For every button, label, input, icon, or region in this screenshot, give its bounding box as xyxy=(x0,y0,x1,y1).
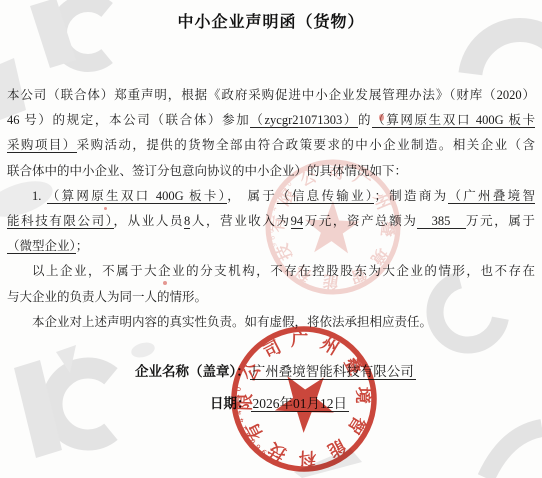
underlined-field: 采购项目） xyxy=(7,138,77,153)
body-text: 本企业对上述声明内容的真实性负责。如有虚假，将依法承担相应责任。 xyxy=(32,315,432,329)
body-text: 采购活动，提供的货物全部由符合政策要求的中小企业制造。相关企业（含 xyxy=(77,138,535,152)
ink-speck xyxy=(104,207,107,210)
date-row: 日期：2026年01月12日 xyxy=(210,392,349,412)
ink-speck xyxy=(163,281,167,285)
body-line: 1. （算网原生双口 400G 板卡）， 属于（信息传输业）；制造商为（广州叠境… xyxy=(7,184,535,209)
body-text: 的 xyxy=(358,113,372,127)
body-line: 与大企业的负责人为同一人的情形。 xyxy=(7,285,535,310)
body-line: 本企业对上述声明内容的真实性负责。如有虚假，将依法承担相应责任。 xyxy=(7,310,535,335)
body-text: 人，营业收入为 xyxy=(190,214,290,228)
company-name-label: 企业名称（盖章）： xyxy=(135,364,250,379)
body-text: 以上企业，不属于大企业的分支机构，不存在控股股东为大企业的情形，也不存在 xyxy=(32,264,535,278)
body-line: （微型企业）； xyxy=(7,234,535,259)
document-body: 本公司（联合体）郑重声明，根据《政府采购促进中小企业发展管理办法》（财库（202… xyxy=(7,83,535,335)
body-text: ，从业人员 xyxy=(114,214,185,228)
underlined-field: 385 xyxy=(417,214,466,229)
date-label: 日期： xyxy=(210,396,251,411)
body-text: 与大企业的负责人为同一人的情形。 xyxy=(7,290,207,304)
body-line: 本公司（联合体）郑重声明，根据《政府采购促进中小企业发展管理办法》（财库（202… xyxy=(7,83,535,108)
body-text: 1. xyxy=(32,189,47,203)
body-line: 46 号）的规定，本公司（联合体）参加（zycgr21071303）的（算网原生… xyxy=(7,108,535,133)
body-line: 能科技有限公司），从业人员8人，营业收入为94万元，资产总额为 385 万元，属… xyxy=(7,209,535,234)
body-line: 采购项目）采购活动，提供的货物全部由符合政策要求的中小企业制造。相关企业（含 xyxy=(7,133,535,158)
body-text: 本公司（联合体）郑重声明，根据《政府采购促进中小企业发展管理办法》（财库（202… xyxy=(7,88,535,102)
ink-speck xyxy=(379,114,384,121)
company-name-row: 企业名称（盖章）：广州叠境智能科技有限公司 xyxy=(135,360,416,380)
underlined-field: 能科技有限公司） xyxy=(7,214,114,229)
declaration-document: 中小企业声明函（货物） 本公司（联合体）郑重声明，根据《政府采购促进中小企业发展… xyxy=(0,0,542,478)
underlined-field: 94 xyxy=(291,214,304,229)
underlined-field: （算网原生双口 400G 板卡） xyxy=(47,189,227,204)
underlined-field: （微型企业） xyxy=(7,239,76,254)
body-text: 万元，属于 xyxy=(466,214,535,228)
body-text: 46 号）的规定，本公司（联合体）参加 xyxy=(7,113,250,127)
company-name-value: 广州叠境智能科技有限公司 xyxy=(250,364,416,380)
underlined-field: （zycgr21071303） xyxy=(250,113,358,128)
underlined-field: （广州叠境智 xyxy=(448,189,535,204)
body-text: ；制造商为 xyxy=(374,189,448,203)
underlined-field: （算网原生双口 400G 板卡 xyxy=(372,113,535,128)
date-value: 2026年01月12日 xyxy=(251,396,350,412)
body-text: 联合体中的中小企业、签订分包意向协议的中小企业）的具体情况如下： xyxy=(7,164,407,178)
body-text: 万元，资产总额为 xyxy=(303,214,417,228)
body-text: ， 属于 xyxy=(227,189,277,203)
body-line: 联合体中的中小企业、签订分包意向协议的中小企业）的具体情况如下： xyxy=(7,159,535,184)
document-title: 中小企业声明函（货物） xyxy=(0,9,542,32)
body-text: ； xyxy=(76,239,89,253)
body-line: 以上企业，不属于大企业的分支机构，不存在控股股东为大企业的情形，也不存在 xyxy=(7,259,535,284)
underlined-field: （信息传输业） xyxy=(277,189,374,204)
